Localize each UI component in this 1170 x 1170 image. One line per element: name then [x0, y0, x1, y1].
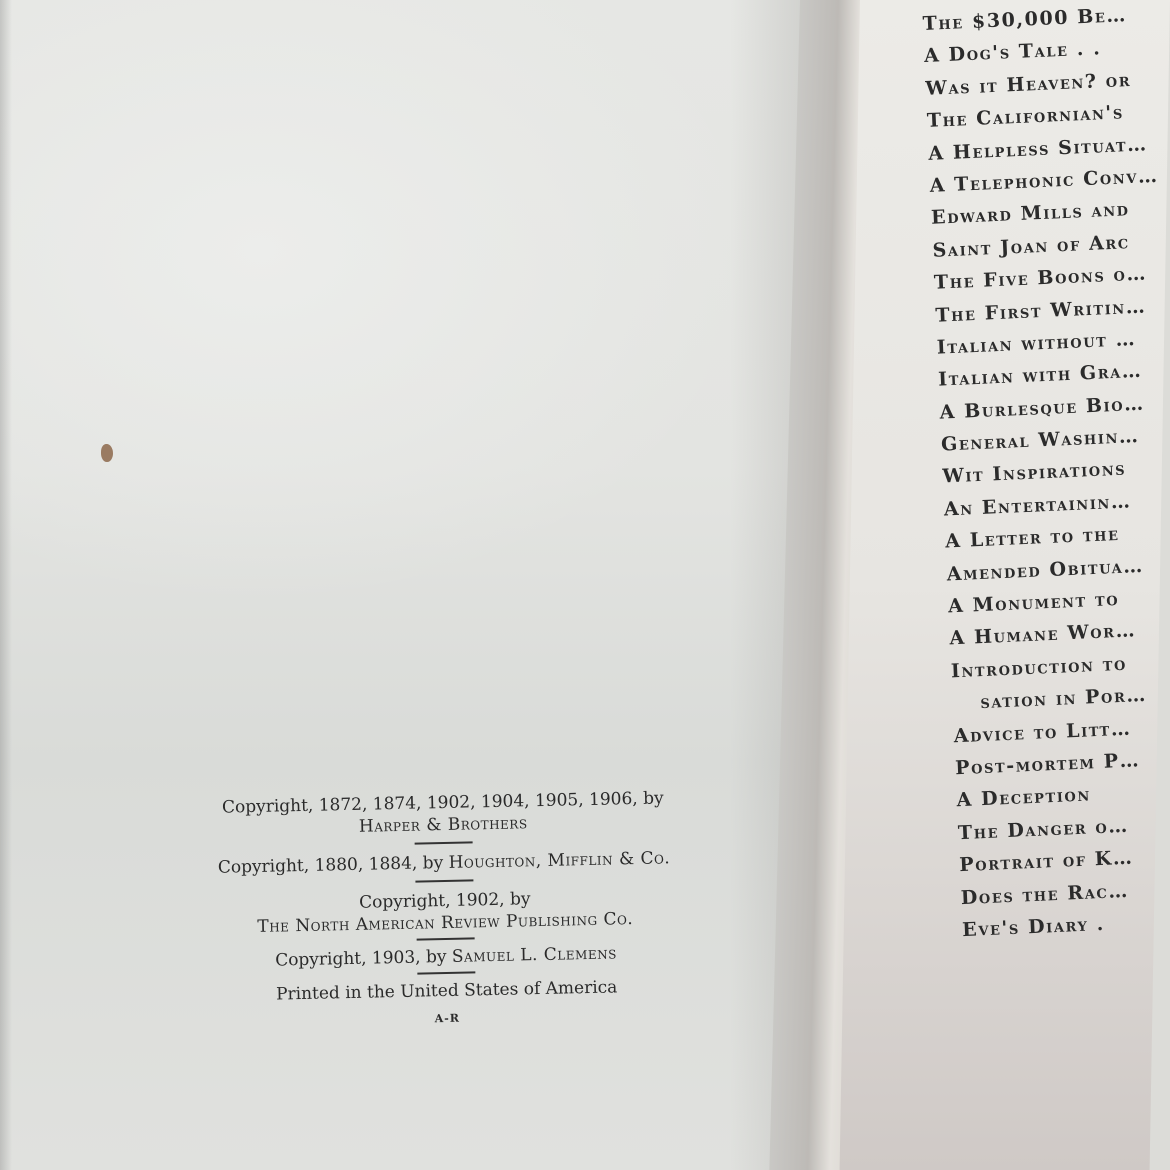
copyright-notice-block: Copyright, 1872, 1874, 1902, 1904, 1905,…: [158, 786, 733, 1031]
print-code: A-R: [162, 1006, 732, 1031]
copyright-houghton-prefix: Copyright, 1880, 1884, by: [218, 853, 444, 878]
divider-rule: [415, 879, 473, 882]
page-edge-shadow: [0, 0, 12, 1170]
left-page-copyright: Copyright, 1872, 1874, 1902, 1904, 1905,…: [0, 0, 800, 1170]
open-book-spread: Copyright, 1872, 1874, 1902, 1904, 1905,…: [0, 0, 1170, 1170]
divider-rule: [415, 841, 473, 844]
copyright-line-clemens: Copyright, 1903, by Samuel L. Clemens: [161, 940, 731, 974]
table-of-contents: The $30,000 Be… A Dog's Tale . . Was it …: [922, 0, 1170, 946]
paper-blemish: [101, 444, 113, 462]
copyright-holder-houghton: Houghton, Mifflin & Co.: [448, 848, 670, 873]
copyright-holder-clemens: Samuel L. Clemens: [452, 943, 617, 966]
divider-rule: [417, 937, 475, 940]
divider-rule: [417, 971, 475, 974]
printed-in-line: Printed in the United States of America: [162, 974, 732, 1008]
copyright-line-houghton: Copyright, 1880, 1884, by Houghton, Miff…: [159, 846, 729, 880]
copyright-clemens-prefix: Copyright, 1903, by: [275, 947, 447, 971]
